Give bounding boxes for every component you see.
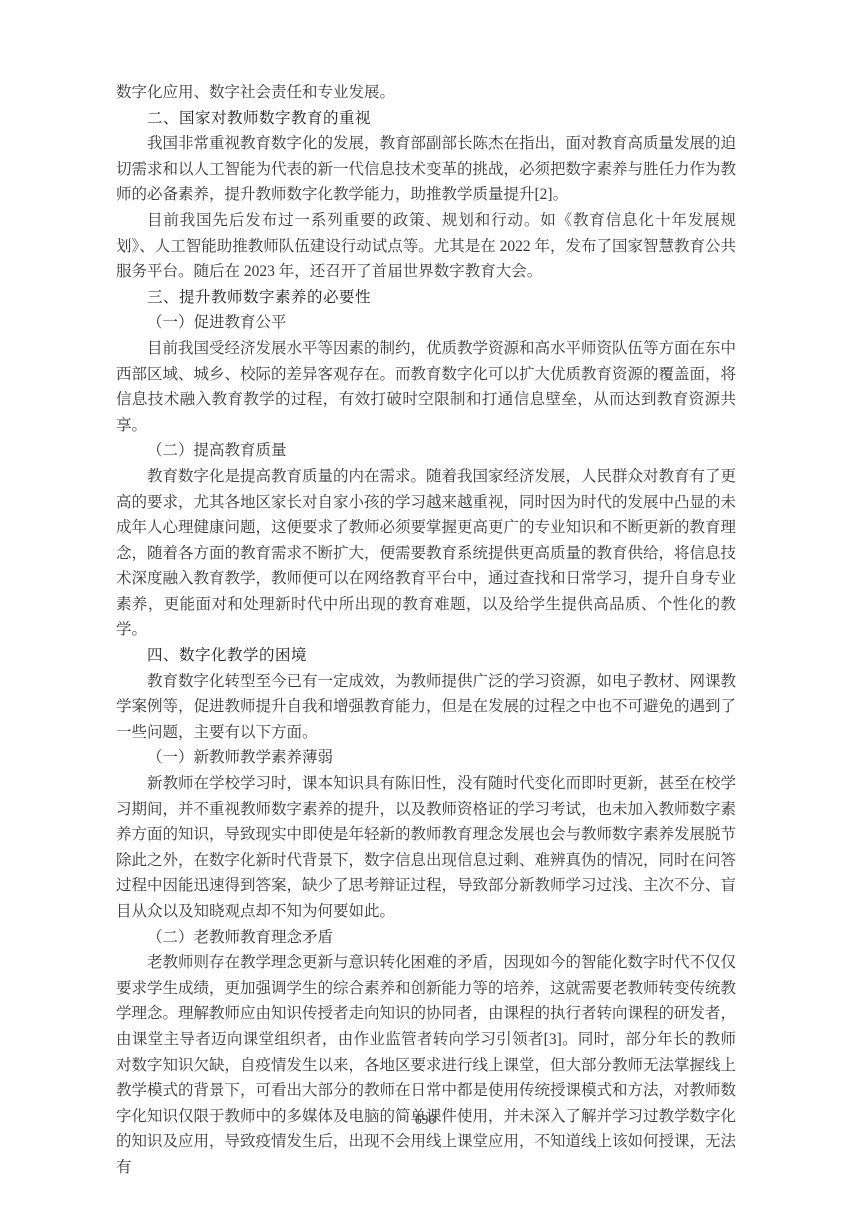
section-heading-necessity: 三、提升教师数字素养的必要性 bbox=[116, 285, 736, 311]
paragraph-continuation: 数字化应用、数字社会责任和专业发展。 bbox=[116, 80, 736, 106]
subsection-heading-education-equity: （一）促进教育公平 bbox=[116, 310, 736, 336]
subsection-heading-new-teachers: （一）新教师教学素养薄弱 bbox=[116, 745, 736, 771]
paragraph: 目前我国先后发布过一系列重要的政策、规划和行动。如《教育信息化十年发展规划》、人… bbox=[116, 208, 736, 285]
section-heading-difficulties: 四、数字化教学的困境 bbox=[116, 643, 736, 669]
paragraph: 我国非常重视教育数字化的发展，教育部副部长陈杰在指出，面对教育高质量发展的迫切需… bbox=[116, 131, 736, 208]
page-number: 696 bbox=[0, 1112, 850, 1128]
subsection-heading-education-quality: （二）提高教育质量 bbox=[116, 438, 736, 464]
paragraph: 新教师在学校学习时，课本知识具有陈旧性，没有随时代变化而即时更新，甚至在校学习期… bbox=[116, 771, 736, 925]
document-content: 数字化应用、数字社会责任和专业发展。 二、国家对教师数字教育的重视 我国非常重视… bbox=[116, 80, 736, 1181]
subsection-heading-old-teachers: （二）老教师教育理念矛盾 bbox=[116, 925, 736, 951]
paragraph: 老教师则存在教学理念更新与意识转化困难的矛盾，因现如今的智能化数字时代不仅仅要求… bbox=[116, 950, 736, 1180]
paragraph: 目前我国受经济发展水平等因素的制约，优质教学资源和高水平师资队伍等方面在东中西部… bbox=[116, 336, 736, 438]
section-heading-national-importance: 二、国家对教师数字教育的重视 bbox=[116, 106, 736, 132]
document-page: 数字化应用、数字社会责任和专业发展。 二、国家对教师数字教育的重视 我国非常重视… bbox=[0, 0, 850, 1205]
paragraph: 教育数字化是提高教育质量的内在需求。随着我国家经济发展，人民群众对教育有了更高的… bbox=[116, 464, 736, 643]
paragraph: 教育数字化转型至今已有一定成效，为教师提供广泛的学习资源，如电子教材、网课教学案… bbox=[116, 669, 736, 746]
